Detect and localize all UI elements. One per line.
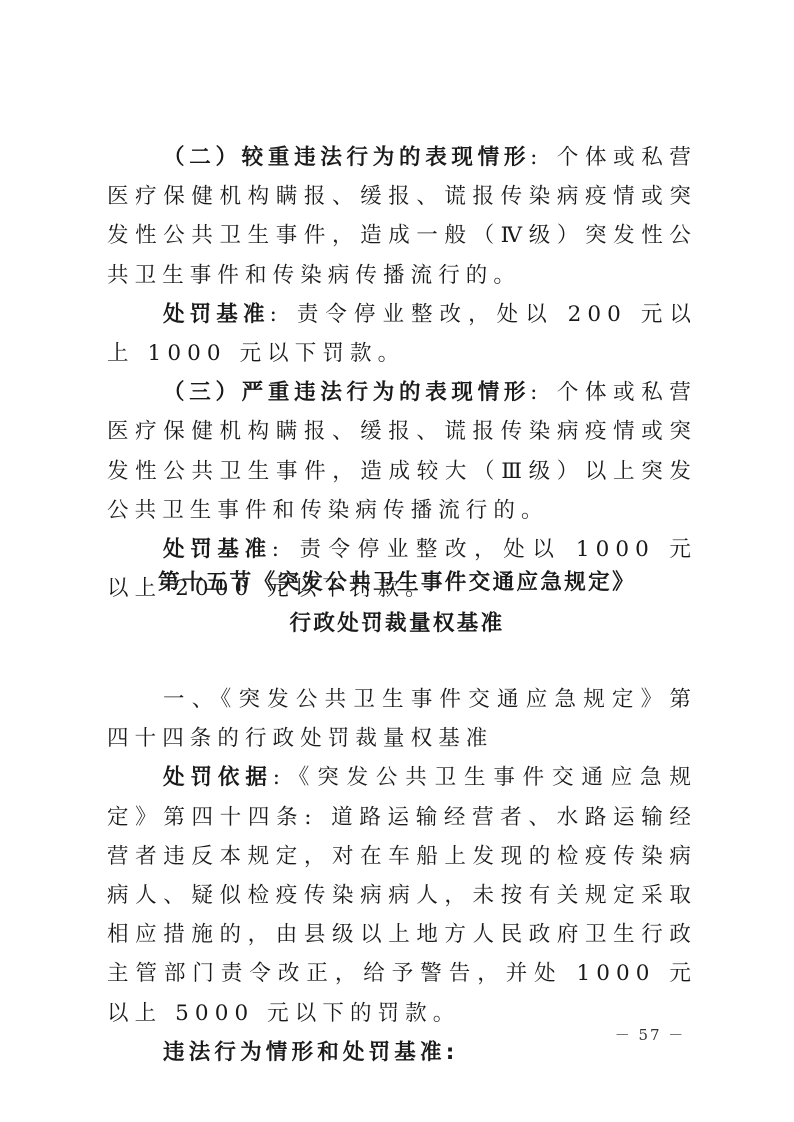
chapter-heading-line-1: 第十五节《突发公共卫生事件交通应急规定》 <box>0 563 794 603</box>
document-page: （二）较重违法行为的表现情形: 个体或私营医疗保健机构瞒报、缓报、谎报传染病疫情… <box>0 0 794 1122</box>
section-2-label: （二）较重违法行为的表现情形 <box>163 145 530 170</box>
section-3-label: （三）严重违法行为的表现情形 <box>163 380 530 405</box>
basis-label: 处罚依据 <box>163 765 273 790</box>
basis-paragraph: 处罚依据:《突发公共卫生事件交通应急规定》第四十四条: 道路运输经营者、水路运输… <box>107 758 697 1032</box>
section-2-paragraph: （二）较重违法行为的表现情形: 个体或私营医疗保健机构瞒报、缓报、谎报传染病疫情… <box>107 138 697 295</box>
standards-label: 违法行为情形和处罚基准: <box>163 1040 459 1065</box>
lower-text-block: 一、《突发公共卫生事件交通应急规定》第四十四条的行政处罚裁量权基准 处罚依据:《… <box>107 680 697 1072</box>
upper-text-block: （二）较重违法行为的表现情形: 个体或私营医疗保健机构瞒报、缓报、谎报传染病疫情… <box>107 138 697 608</box>
section-2-penalty-label: 处罚基准 <box>163 302 270 327</box>
section-3-paragraph: （三）严重违法行为的表现情形: 个体或私营医疗保健机构瞒报、缓报、谎报传染病疫情… <box>107 373 697 530</box>
section-3-penalty-label: 处罚基准 <box>163 537 272 562</box>
page-number: － 57 － <box>600 1024 700 1045</box>
section-2-penalty-paragraph: 处罚基准: 责令停业整改，处以 200 元以上 1000 元以下罚款。 <box>107 295 697 373</box>
article-title: 一、《突发公共卫生事件交通应急规定》第四十四条的行政处罚裁量权基准 <box>107 680 697 758</box>
chapter-heading-line-2: 行政处罚裁量权基准 <box>0 604 794 644</box>
basis-text: :《突发公共卫生事件交通应急规定》第四十四条: 道路运输经营者、水路运输经营者违… <box>107 765 697 1025</box>
